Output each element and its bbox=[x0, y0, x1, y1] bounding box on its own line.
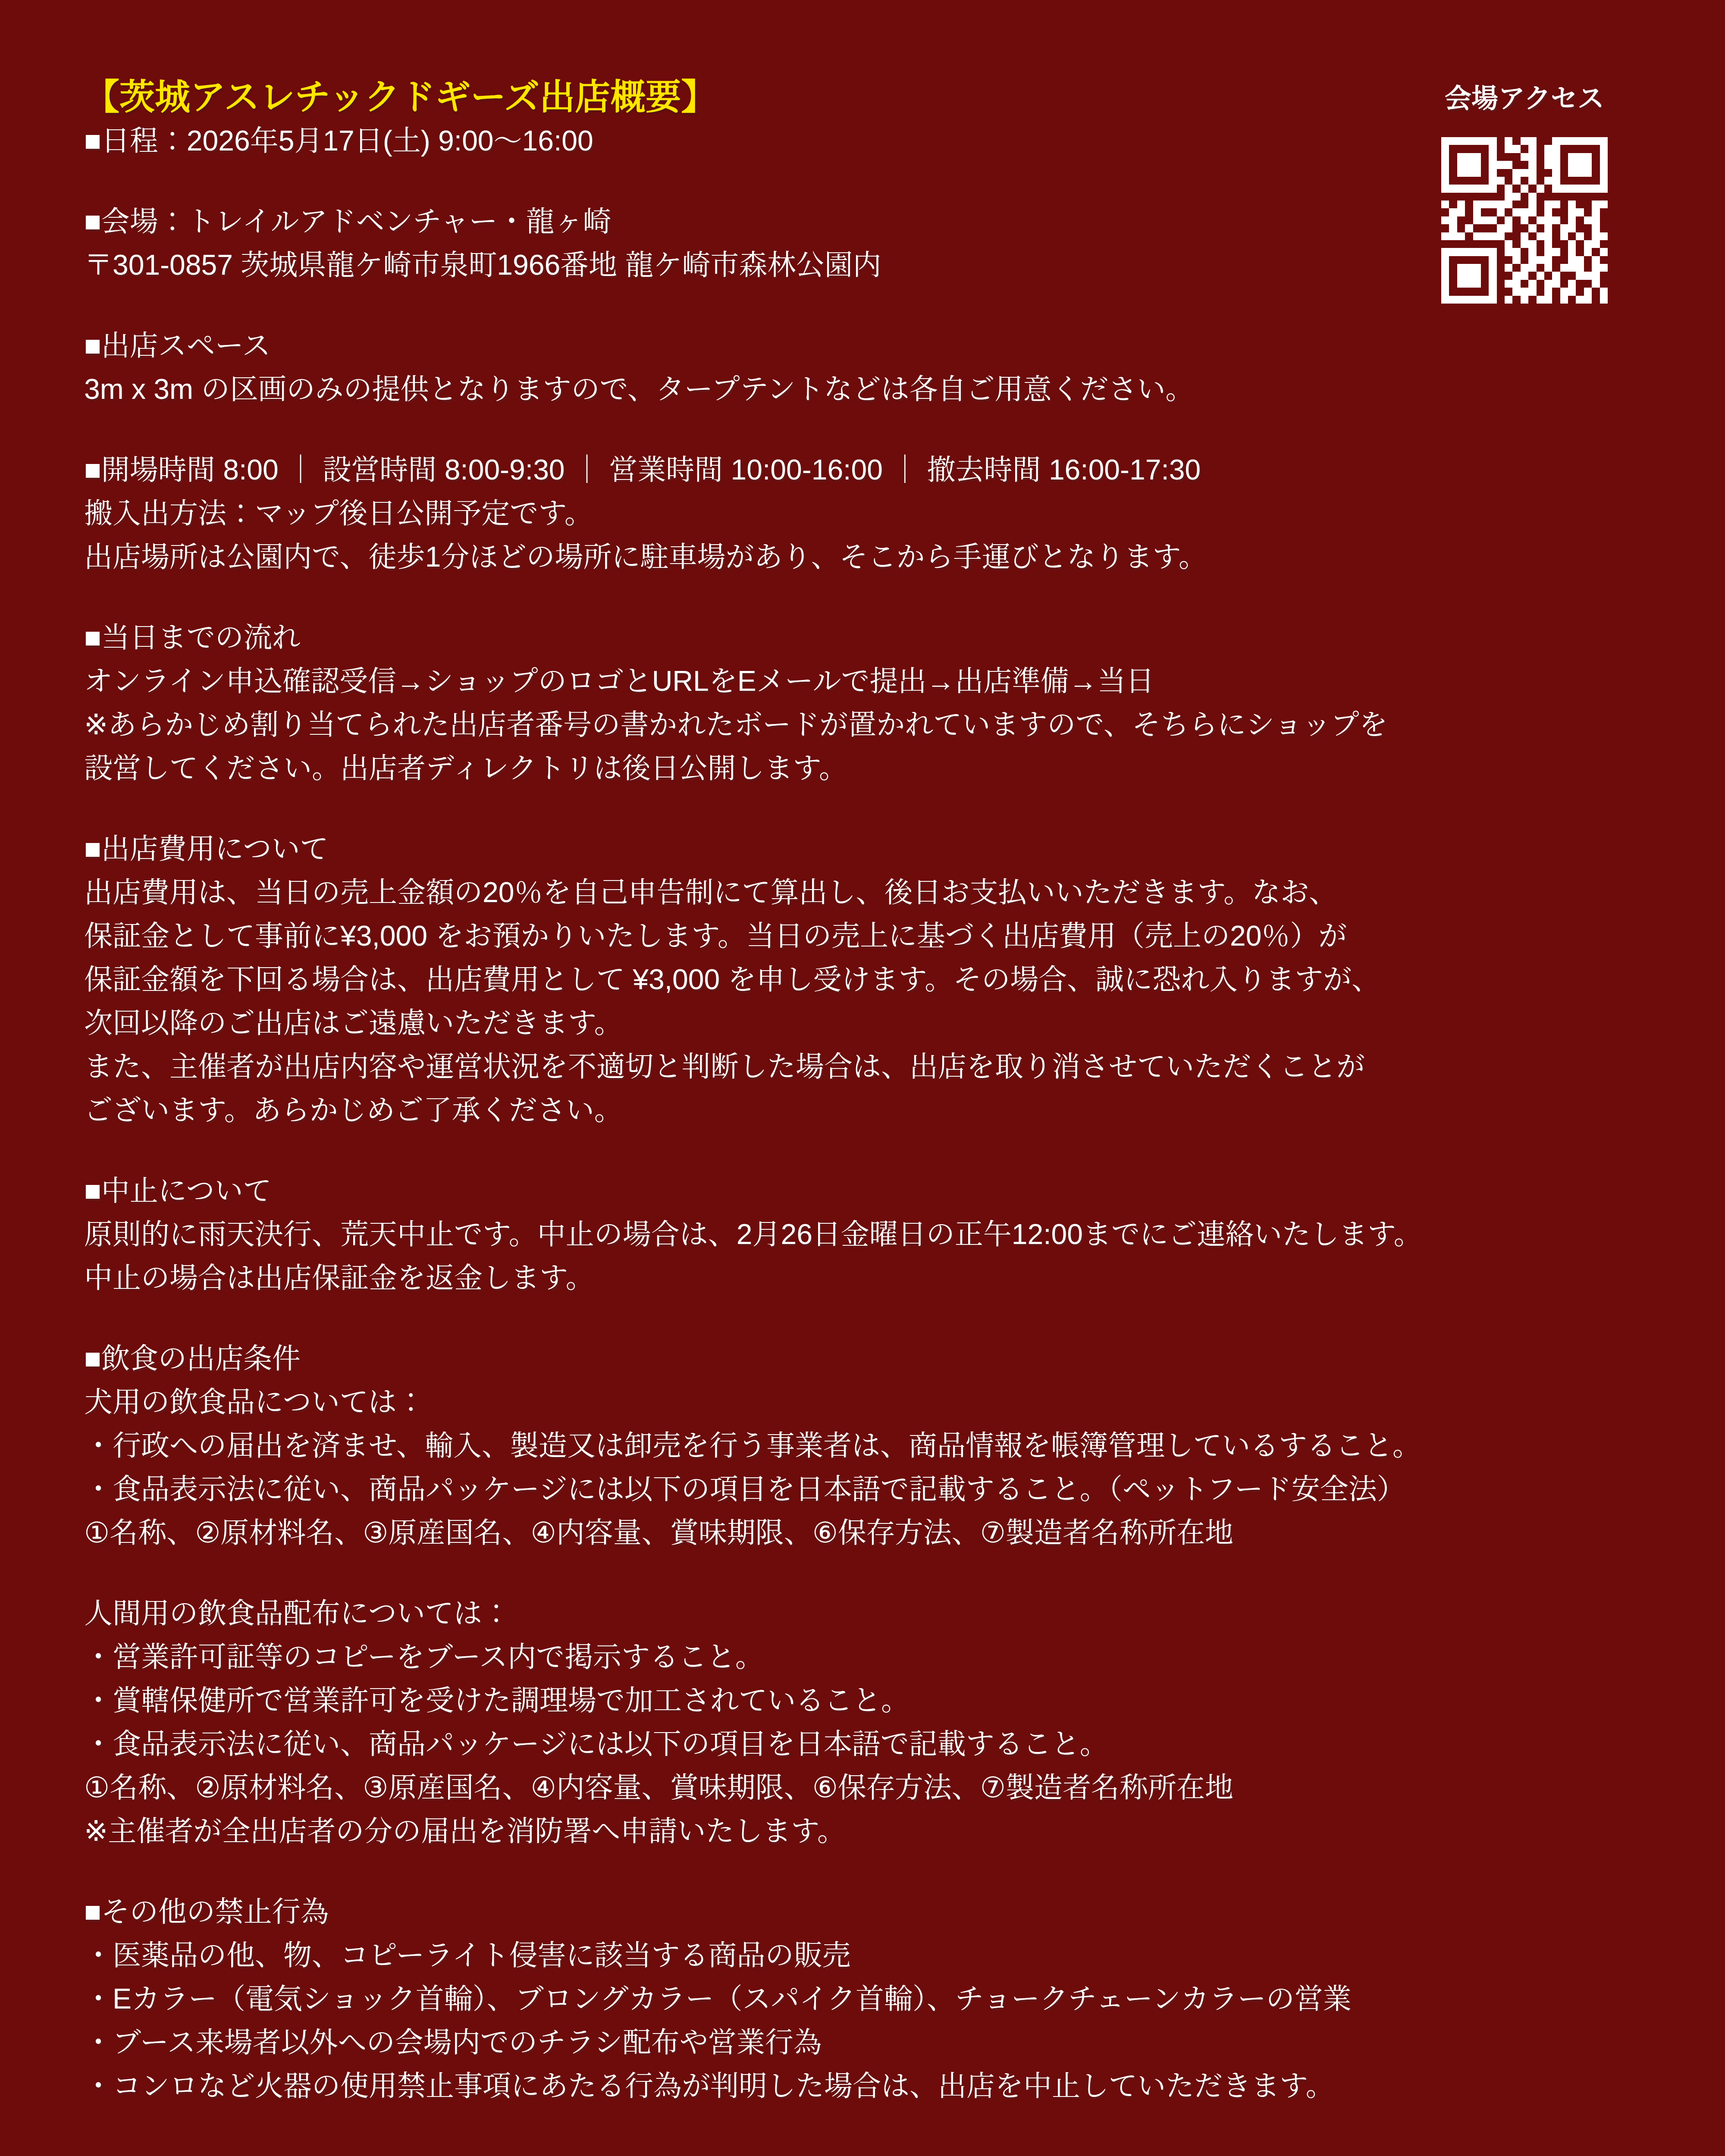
text-line: ・食品表示法に従い、商品パッケージには以下の項目を日本語で記載すること。 bbox=[84, 1722, 1634, 1766]
section: ■その他の禁止行為・医薬品の他、物、コピーライト侵害に該当する商品の販売・Eカラ… bbox=[84, 1890, 1634, 2108]
section: ■日程：2026年5月17日(土) 9:00～16:00 bbox=[84, 119, 1634, 163]
text-line: 保証金額を下回る場合は、出店費用として ¥3,000 を申し受けます。その場合、… bbox=[84, 958, 1634, 1001]
section: ■会場：トレイルアドベンチャー・龍ヶ崎〒301-0857 茨城県龍ケ崎市泉町19… bbox=[84, 200, 1634, 287]
text-line: ■日程：2026年5月17日(土) 9:00～16:00 bbox=[84, 119, 1634, 163]
section: ■開場時間 8:00 ｜ 設営時間 8:00-9:30 ｜ 営業時間 10:00… bbox=[84, 448, 1634, 579]
text-line: オンライン申込確認受信→ショップのロゴとURLをEメールで提出→出店準備→当日 bbox=[84, 659, 1634, 703]
text-line: 出店費用は、当日の売上金額の20％を自己申告制にて算出し、後日お支払いいただきま… bbox=[84, 871, 1634, 914]
text-line: ・賞轄保健所で営業許可を受けた調理場で加工されていること。 bbox=[84, 1679, 1634, 1722]
text-line: ※あらかじめ割り当てられた出店者番号の書かれたボードが置かれていますので、そちら… bbox=[84, 703, 1634, 746]
text-line: ■開場時間 8:00 ｜ 設営時間 8:00-9:30 ｜ 営業時間 10:00… bbox=[84, 448, 1634, 492]
text-line: ございます。あらかじめご了承ください。 bbox=[84, 1088, 1634, 1132]
text-line: ■会場：トレイルアドベンチャー・龍ヶ崎 bbox=[84, 200, 1634, 243]
text-line: ①名称、②原材料名、③原産国名、④内容量、賞味期限、⑥保存方法、⑦製造者名称所在… bbox=[84, 1511, 1634, 1554]
text-line: ■当日までの流れ bbox=[84, 616, 1634, 659]
text-line: ・ブース来場者以外への会場内でのチラシ配布や営業行為 bbox=[84, 2021, 1634, 2064]
text-line: ・食品表示法に従い、商品パッケージには以下の項目を日本語で記載すること。（ペット… bbox=[84, 1467, 1634, 1511]
qr-code-icon bbox=[1441, 137, 1608, 304]
section: ■出店スペース3m x 3m の区画のみの提供となりますので、タープテントなどは… bbox=[84, 324, 1634, 411]
section: ■当日までの流れオンライン申込確認受信→ショップのロゴとURLをEメールで提出→… bbox=[84, 616, 1634, 790]
text-line: 保証金として事前に¥3,000 をお預かりいたします。当日の売上に基づく出店費用… bbox=[84, 914, 1634, 958]
text-line: 次回以降のご出店はご遠慮いただきます。 bbox=[84, 1001, 1634, 1045]
qr-label: 会場アクセス bbox=[1432, 82, 1617, 116]
text-line: 中止の場合は出店保証金を返金します。 bbox=[84, 1256, 1634, 1300]
document-sections: ■日程：2026年5月17日(土) 9:00～16:00■会場：トレイルアドベン… bbox=[84, 119, 1634, 2108]
text-line: ・営業許可証等のコピーをブース内で掲示すること。 bbox=[84, 1635, 1634, 1679]
text-line: 搬入出方法：マップ後日公開予定です。 bbox=[84, 492, 1634, 535]
text-line: 出店場所は公園内で、徒歩1分ほどの場所に駐車場があり、そこから手運びとなります。 bbox=[84, 535, 1634, 579]
text-line: ■出店費用について bbox=[84, 827, 1634, 871]
text-line: ■飲食の出店条件 bbox=[84, 1337, 1634, 1380]
text-line: ※主催者が全出店者の分の届出を消防署へ申請いたします。 bbox=[84, 1809, 1634, 1853]
section: ■出店費用について出店費用は、当日の売上金額の20％を自己申告制にて算出し、後日… bbox=[84, 827, 1634, 1132]
text-line: ①名称、②原材料名、③原産国名、④内容量、賞味期限、⑥保存方法、⑦製造者名称所在… bbox=[84, 1766, 1634, 1809]
page-title: 【茨城アスレチックドギーズ出店概要】 bbox=[84, 75, 1634, 119]
text-line: ・Eカラー（電気ショック首輪）、ブロングカラー（スパイク首輪）、チョークチェーン… bbox=[84, 1977, 1634, 2021]
text-line: ■その他の禁止行為 bbox=[84, 1890, 1634, 1934]
text-line: 設営してください。出店者ディレクトリは後日公開します。 bbox=[84, 746, 1634, 790]
text-line: 原則的に雨天決行、荒天中止です。中止の場合は、2月26日金曜日の正午12:00ま… bbox=[84, 1213, 1634, 1256]
text-line: ・行政への届出を済ませ、輸入、製造又は卸売を行う事業者は、商品情報を帳簿管理して… bbox=[84, 1424, 1634, 1467]
text-line: 3m x 3m の区画のみの提供となりますので、タープテントなどは各自ご用意くだ… bbox=[84, 367, 1634, 411]
section: ■中止について原則的に雨天決行、荒天中止です。中止の場合は、2月26日金曜日の正… bbox=[84, 1169, 1634, 1300]
text-line: ■出店スペース bbox=[84, 324, 1634, 367]
text-line: 〒301-0857 茨城県龍ケ崎市泉町1966番地 龍ケ崎市森林公園内 bbox=[84, 243, 1634, 287]
section: ■飲食の出店条件犬用の飲食品については：・行政への届出を済ませ、輸入、製造又は卸… bbox=[84, 1337, 1634, 1554]
text-line: ・医薬品の他、物、コピーライト侵害に該当する商品の販売 bbox=[84, 1934, 1634, 1977]
text-line: 人間用の飲食品配布については： bbox=[84, 1592, 1634, 1635]
poster: 【茨城アスレチックドギーズ出店概要】 ■日程：2026年5月17日(土) 9:0… bbox=[0, 0, 1725, 2156]
text-line: また、主催者が出店内容や運営状況を不適切と判断した場合は、出店を取り消させていた… bbox=[84, 1045, 1634, 1088]
text-line: 犬用の飲食品については： bbox=[84, 1380, 1634, 1424]
text-line: ・コンロなど火器の使用禁止事項にあたる行為が判明した場合は、出店を中止していただ… bbox=[84, 2064, 1634, 2108]
venue-access-block: 会場アクセス bbox=[1432, 82, 1617, 304]
section: 人間用の飲食品配布については：・営業許可証等のコピーをブース内で掲示すること。・… bbox=[84, 1592, 1634, 1853]
text-line: ■中止について bbox=[84, 1169, 1634, 1213]
